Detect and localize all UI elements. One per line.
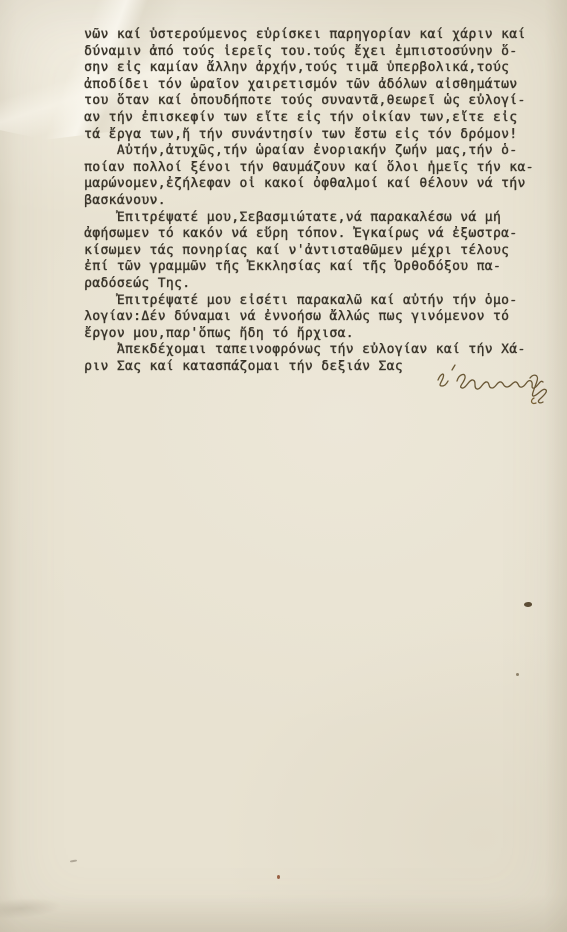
paper-smudge (0, 896, 63, 921)
letter-line: ἀποδίδει τόν ὡραῖον χαιρετισμόν τῶν ἀδόλ… (84, 77, 544, 94)
letter-line: νῶν καί ὑστερούμενος εὑρίσκει παρηγορίαν… (84, 27, 544, 44)
letter-line: ἔργον μου,παρ'ὅπως ἤδη τό ἤρχισα. (84, 326, 544, 343)
ink-speck (277, 875, 280, 879)
pencil-mark (70, 859, 77, 862)
letter-body: νῶν καί ὑστερούμενος εὑρίσκει παρηγορίαν… (84, 27, 544, 375)
letter-line: τά ἔργα των,ἤ τήν συνάντησίν των ἔστω εἰ… (84, 127, 544, 144)
letter-line: μαρώνομεν,ἐζήλεφαν οἱ κακοί ὀφθαλμοί καί… (84, 176, 544, 193)
letter-line: βασκάνουν. (84, 193, 544, 210)
ink-speck (516, 673, 519, 676)
letter-line: κίσωμεν τάς πονηρίας καί ν'ἀντισταθῶμεν … (84, 243, 544, 260)
letter-line: Αὐτήν,ἀτυχῶς,τήν ὡραίαν ἐνοριακήν ζωήν μ… (84, 143, 544, 160)
letter-line: λογίαν:Δέν δύναμαι νά ἐννοήσω ἄλλώς πως … (84, 309, 544, 326)
letter-line: Ἐπιτρέψατέ μου εἰσέτι παρακαλῶ καί αὐτήν… (84, 293, 544, 310)
letter-line: ραδόσεώς Της. (84, 276, 544, 293)
letter-line: του ὅταν καί ὁπουδήποτε τούς συναντᾶ,θεω… (84, 93, 544, 110)
letter-line: ἀφήσωμεν τό κακόν νά εὕρη τόπον. Ἐγκαίρω… (84, 226, 544, 243)
letter-line: δύναμιν ἀπό τούς ἱερεῖς του.τούς ἔχει ἐμ… (84, 44, 544, 61)
letter-line: Ἐπιτρέψατέ μου,Σεβασμιώτατε,νά παρακαλέσ… (84, 210, 544, 227)
letter-line: σην εἰς καμίαν ἄλλην ἀρχήν,τούς τιμᾶ ὑπε… (84, 60, 544, 77)
letter-line: αν τήν ἐπισκεφίν των εἴτε εἰς τήν οἰκίαν… (84, 110, 544, 127)
letter-page: νῶν καί ὑστερούμενος εὑρίσκει παρηγορίαν… (0, 0, 567, 932)
ink-speck (524, 602, 532, 607)
signature-handwriting (430, 356, 567, 412)
letter-line: ἐπί τῶν γραμμῶν τῆς Ἐκκλησίας καί τῆς Ὀρ… (84, 259, 544, 276)
letter-line: ποίαν πολλοί ξένοι τήν θαυμάζουν καί ὅλο… (84, 160, 544, 177)
